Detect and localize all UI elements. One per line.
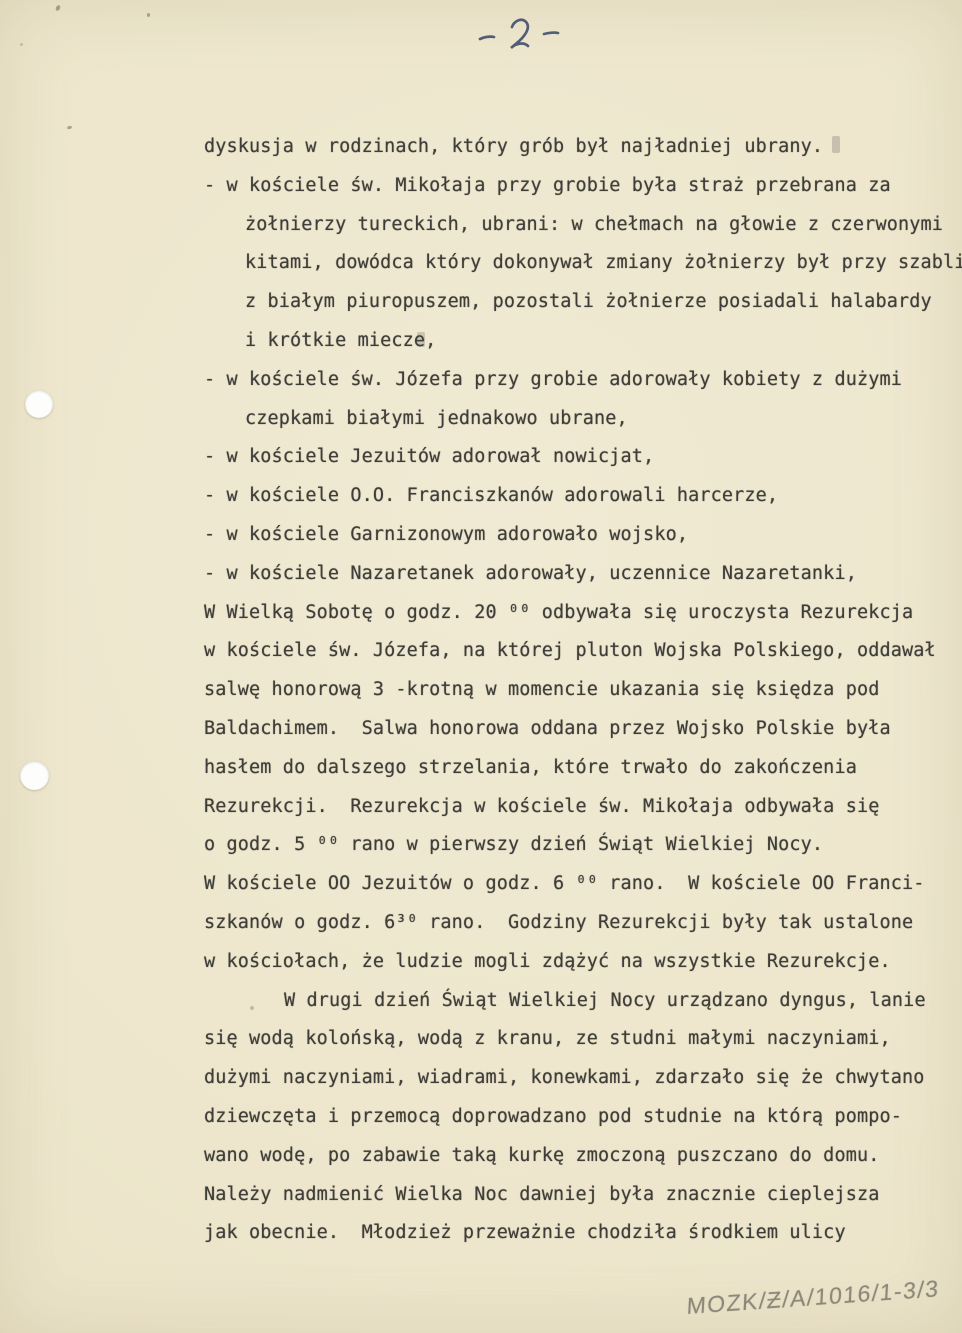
text-line: szkanów o godz. 6³⁰ rano. Godziny Rezure… [204, 904, 962, 943]
text-line: - w kościele Nazaretanek adorowały, ucze… [204, 555, 962, 594]
ink-speck [67, 125, 73, 129]
text-line: - w kościele św. Józefa przy grobie ador… [204, 361, 962, 400]
text-line: W drugi dzień Świąt Wielkiej Nocy urządz… [204, 982, 962, 1021]
dash-stroke [544, 33, 558, 34]
text-line: się wodą kolońską, wodą z kranu, ze stud… [204, 1020, 962, 1059]
text-line: hasłem do dalszego strzelania, które trw… [204, 749, 962, 788]
text-line: dziewczęta i przemocą doprowadzano pod s… [204, 1098, 962, 1137]
text-line: - w kościele św. Mikołaja przy grobie by… [204, 167, 962, 206]
text-line: Baldachimem. Salwa honorowa oddana przez… [204, 710, 962, 749]
punch-hole-bottom [20, 761, 49, 790]
text-line: kitami, dowódca który dokonywał zmiany ż… [204, 244, 962, 283]
text-line: z białym piuropuszem, pozostali żołnierz… [204, 283, 962, 322]
punch-hole-top [25, 390, 53, 418]
text-line: Należy nadmienić Wielka Noc dawniej była… [204, 1176, 962, 1215]
text-line: żołnierzy tureckich, ubrani: w chełmach … [204, 206, 962, 245]
text-line: - w kościele Jezuitów adorował nowicjat, [204, 438, 962, 477]
text-line: dużymi naczyniami, wiadrami, konewkami, … [204, 1059, 962, 1098]
typewritten-text: dyskusja w rodzinach, który grób był naj… [204, 128, 962, 1253]
text-line: wano wodę, po zabawie taką kurkę zmoczon… [204, 1137, 962, 1176]
dash-stroke [480, 37, 494, 39]
text-line: - w kościele O.O. Franciszkanów adorowal… [204, 477, 962, 516]
digit-2-stroke [511, 20, 528, 48]
text-line: W kościele OO Jezuitów o godz. 6 ⁰⁰ rano… [204, 865, 962, 904]
text-line: dyskusja w rodzinach, który grób był naj… [204, 128, 962, 167]
text-line: o godz. 5 ⁰⁰ rano w pierwszy dzień Świąt… [204, 826, 962, 865]
ink-speck [20, 43, 23, 46]
text-line: i krótkie miecze, [204, 322, 962, 361]
text-line: jak obecnie. Młodzież przeważnie chodził… [204, 1214, 962, 1253]
ink-speck [147, 13, 150, 17]
text-line: salwę honorową 3 -krotną w momencie ukaz… [204, 671, 962, 710]
scanned-paper-page: dyskusja w rodzinach, który grób był naj… [0, 0, 962, 1333]
text-line: czepkami białymi jednakowo ubrane, [204, 400, 962, 439]
archive-reference-handwritten: MOZK/Ƶ/A/1016/1-3/3 [686, 1275, 940, 1320]
page-number-handwritten [468, 12, 568, 58]
text-line: w kościele św. Józefa, na której pluton … [204, 632, 962, 671]
text-line: w kościołach, że ludzie mogli zdążyć na … [204, 943, 962, 982]
text-line: W Wielką Sobotę o godz. 20 ⁰⁰ odbywała s… [204, 594, 962, 633]
text-line: Rezurekcji. Rezurekcja w kościele św. Mi… [204, 788, 962, 827]
text-line: - w kościele Garnizonowym adorowało wojs… [204, 516, 962, 555]
ink-speck [55, 4, 61, 11]
